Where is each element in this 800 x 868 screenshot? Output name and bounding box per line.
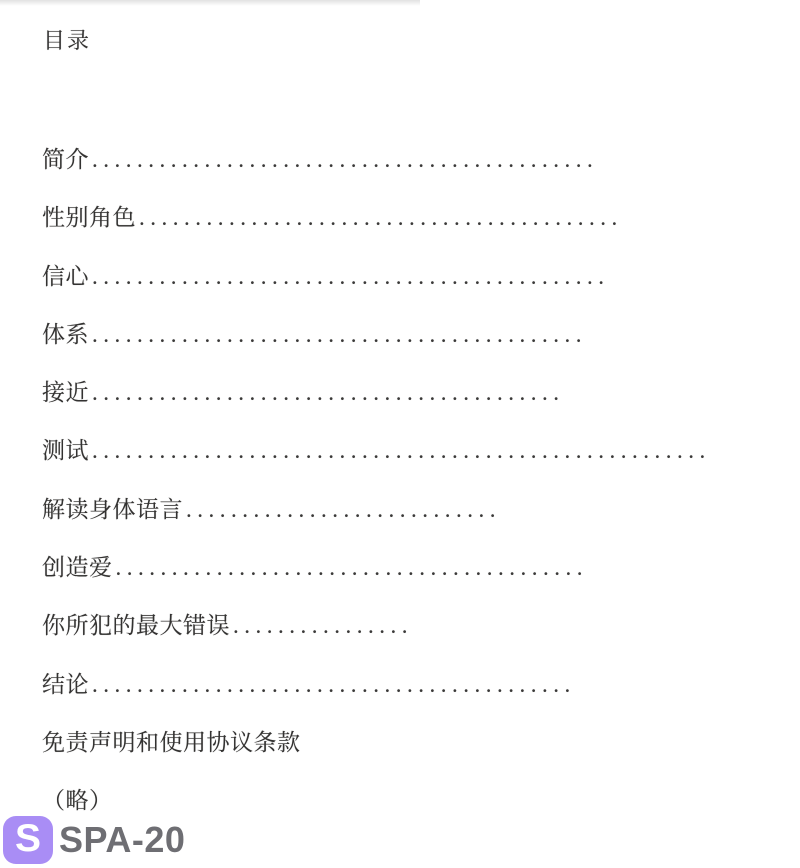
- watermark-label: SPA-20: [59, 819, 185, 861]
- toc-dot-leader: ........................................…: [92, 380, 565, 405]
- toc-dot-leader: ................: [233, 613, 413, 638]
- toc-dot-leader: ............................: [186, 497, 501, 522]
- toc-row: 体系......................................…: [42, 321, 780, 379]
- toc-entry-label: 结论: [42, 672, 89, 697]
- toc-row: 结论......................................…: [42, 671, 780, 729]
- toc-entry-label: 解读身体语言: [42, 497, 183, 522]
- document-page: 目录 简介...................................…: [0, 0, 800, 868]
- toc-row: 接近......................................…: [42, 379, 780, 437]
- toc-row: 信心......................................…: [42, 263, 780, 321]
- toc-row: 创造爱.....................................…: [42, 554, 780, 612]
- toc-dot-leader: ........................................…: [92, 322, 587, 347]
- toc-entry-label: 创造爱: [42, 555, 113, 580]
- toc-dot-leader: ........................................…: [116, 555, 589, 580]
- toc-dot-leader: ........................................…: [92, 672, 576, 697]
- toc-dot-leader: ........................................…: [92, 264, 610, 289]
- toc-dot-leader: ........................................…: [92, 147, 598, 172]
- watermark-logo-icon: S: [3, 816, 53, 864]
- toc-entry-label: 免责声明和使用协议条款: [42, 730, 301, 755]
- toc-row: 测试......................................…: [42, 437, 780, 495]
- toc-dot-leader: ........................................…: [92, 438, 711, 463]
- toc-entry-label: 测试: [42, 438, 89, 463]
- watermark: S SPA-20: [3, 816, 185, 864]
- toc-entry-label: 信心: [42, 264, 89, 289]
- toc-entry-label: 你所犯的最大错误: [42, 613, 230, 638]
- toc-entry-label: 性别角色: [42, 205, 136, 230]
- toc-entry-label: 简介: [42, 147, 89, 172]
- toc-entry-label: （略）: [42, 788, 113, 813]
- toc-dot-leader: ........................................…: [139, 205, 623, 230]
- page-title: 目录: [43, 28, 91, 54]
- toc-row: 性别角色....................................…: [42, 204, 780, 262]
- toc-row: 解读身体语言............................: [42, 496, 780, 554]
- toc-entry-label: 接近: [42, 380, 89, 405]
- toc-row: 免责声明和使用协议条款: [42, 729, 780, 787]
- toc-list: 简介......................................…: [42, 146, 780, 846]
- toc-entry-label: 体系: [42, 322, 89, 347]
- toc-row: 简介......................................…: [42, 146, 780, 204]
- toc-row: 你所犯的最大错误................: [42, 612, 780, 670]
- watermark-badge-letter: S: [15, 815, 41, 863]
